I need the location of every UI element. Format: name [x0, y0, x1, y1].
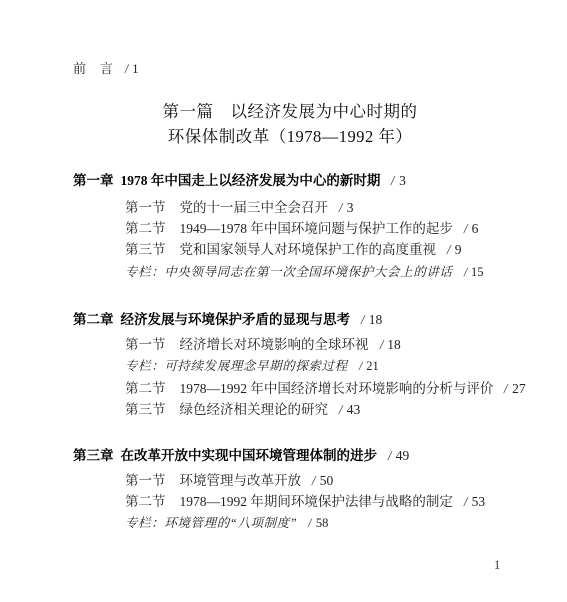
slash-separator: / — [360, 313, 366, 327]
column-title: 环境管理的“八项制度” — [164, 516, 297, 530]
page-number: 27 — [512, 381, 526, 396]
toc-entry-chapter-2: 第二章经济发展与环境保护矛盾的显现与思考/18 — [73, 313, 382, 327]
slash-separator: / — [390, 174, 396, 188]
slash-separator: / — [463, 266, 468, 279]
section-label: 第二节 — [125, 221, 166, 236]
slash-separator: / — [387, 449, 393, 463]
slash-separator: / — [338, 201, 344, 215]
slash-separator: / — [358, 360, 363, 373]
slash-separator: / — [463, 222, 469, 236]
section-label: 第二节 — [125, 494, 166, 509]
slash-separator: / — [379, 338, 385, 352]
toc-entry-section: 第三节绿色经济相关理论的研究/43 — [125, 403, 360, 417]
column-label: 专栏： — [125, 359, 164, 373]
section-title: 经济增长对环境影响的全球环视 — [180, 337, 369, 352]
page-number: 18 — [387, 337, 401, 352]
page-ref: /1 — [125, 61, 139, 76]
page-number: 15 — [471, 265, 484, 279]
page-number: 53 — [472, 494, 486, 509]
page-ref: /15 — [464, 265, 484, 279]
section-label: 第一节 — [125, 473, 166, 488]
section-title: 1949—1978 年中国环境问题与保护工作的起步 — [180, 221, 453, 236]
page-ref: /53 — [464, 494, 485, 509]
toc-entry-section: 第一节环境管理与改革开放/50 — [125, 474, 333, 488]
page-number: 1 — [132, 61, 139, 76]
page-number: 43 — [347, 402, 361, 417]
page-ref: /6 — [464, 221, 479, 236]
page-number: 3 — [347, 200, 354, 215]
page-number: 3 — [399, 173, 406, 188]
page-number: 50 — [320, 473, 334, 488]
chapter-label: 第二章 — [73, 312, 114, 327]
toc-entry-section: 第二节1978—1992 年期间环境保护法律与战略的制定/53 — [125, 495, 485, 509]
chapter-label: 第三章 — [73, 448, 114, 463]
toc-entry-section: 第三节党和国家领导人对环境保护工作的高度重视/9 — [125, 243, 462, 257]
chapter-title: 1978 年中国走上以经济发展为中心的新时期 — [121, 173, 381, 188]
slash-separator: / — [446, 243, 452, 257]
page-ref: /49 — [388, 448, 409, 463]
folio-page-number: 1 — [494, 559, 500, 572]
toc-entry-chapter-3: 第三章在改革开放中实现中国环境管理体制的进步/49 — [73, 449, 409, 463]
chapter-title: 经济发展与环境保护矛盾的显现与思考 — [121, 312, 351, 327]
page-number: 9 — [455, 242, 462, 257]
page-number: 6 — [472, 221, 479, 236]
toc-entry-preface: 前 言/1 — [73, 62, 139, 75]
section-label: 第二节 — [125, 381, 166, 396]
page-ref: /43 — [339, 402, 360, 417]
slash-separator: / — [463, 495, 469, 509]
page-number: 18 — [369, 312, 383, 327]
toc-entry-chapter-1: 第一章1978 年中国走上以经济发展为中心的新时期/3 — [73, 174, 406, 188]
preface-label: 前 言 — [73, 61, 114, 76]
toc-entry-column: 专栏：环境管理的“八项制度”/58 — [125, 517, 328, 530]
toc-entry-column: 专栏：中央领导同志在第一次全国环境保护大会上的讲话/15 — [125, 266, 484, 279]
page-number: 21 — [366, 359, 379, 373]
section-label: 第一节 — [125, 200, 166, 215]
page-ref: /27 — [504, 381, 525, 396]
page-ref: /58 — [308, 516, 328, 530]
slash-separator: / — [338, 403, 344, 417]
section-title: 1978—1992 年中国经济增长对环境影响的分析与评价 — [180, 381, 494, 396]
page-ref: /3 — [391, 173, 406, 188]
page-number: 49 — [396, 448, 410, 463]
column-title: 中央领导同志在第一次全国环境保护大会上的讲话 — [164, 265, 452, 279]
toc-page: 前 言/1 第一篇 以经济发展为中心时期的 环保体制改革（1978—1992 年… — [0, 0, 567, 602]
column-title: 可持续发展理念早期的探索过程 — [164, 359, 347, 373]
section-label: 第三节 — [125, 242, 166, 257]
section-label: 第一节 — [125, 337, 166, 352]
column-label: 专栏： — [125, 265, 164, 279]
page-ref: /18 — [380, 337, 401, 352]
slash-separator: / — [503, 382, 509, 396]
column-label: 专栏： — [125, 516, 164, 530]
part-title-line1: 第一篇 以经济发展为中心时期的 — [13, 104, 567, 121]
slash-separator: / — [311, 474, 317, 488]
page-number: 58 — [316, 516, 329, 530]
chapter-label: 第一章 — [73, 173, 114, 188]
chapter-title: 在改革开放中实现中国环境管理体制的进步 — [121, 448, 378, 463]
section-title: 环境管理与改革开放 — [180, 473, 302, 488]
section-title: 党和国家领导人对环境保护工作的高度重视 — [180, 242, 437, 257]
toc-entry-section: 第一节党的十一届三中全会召开/3 — [125, 201, 354, 215]
toc-entry-section: 第一节经济增长对环境影响的全球环视/18 — [125, 338, 401, 352]
slash-separator: / — [124, 62, 129, 75]
page-ref: /21 — [359, 359, 379, 373]
page-ref: /50 — [312, 473, 333, 488]
slash-separator: / — [307, 517, 312, 530]
section-title: 1978—1992 年期间环境保护法律与战略的制定 — [180, 494, 453, 509]
page-ref: /3 — [339, 200, 354, 215]
page-ref: /9 — [447, 242, 462, 257]
toc-entry-section: 第二节1978—1992 年中国经济增长对环境影响的分析与评价/27 — [125, 382, 526, 396]
part-title-line2: 环保体制改革（1978—1992 年） — [13, 129, 567, 146]
section-title: 党的十一届三中全会召开 — [180, 200, 329, 215]
section-label: 第三节 — [125, 402, 166, 417]
page-ref: /18 — [361, 312, 382, 327]
section-title: 绿色经济相关理论的研究 — [180, 402, 329, 417]
toc-entry-column: 专栏：可持续发展理念早期的探索过程/21 — [125, 360, 379, 373]
toc-entry-section: 第二节1949—1978 年中国环境问题与保护工作的起步/6 — [125, 222, 478, 236]
